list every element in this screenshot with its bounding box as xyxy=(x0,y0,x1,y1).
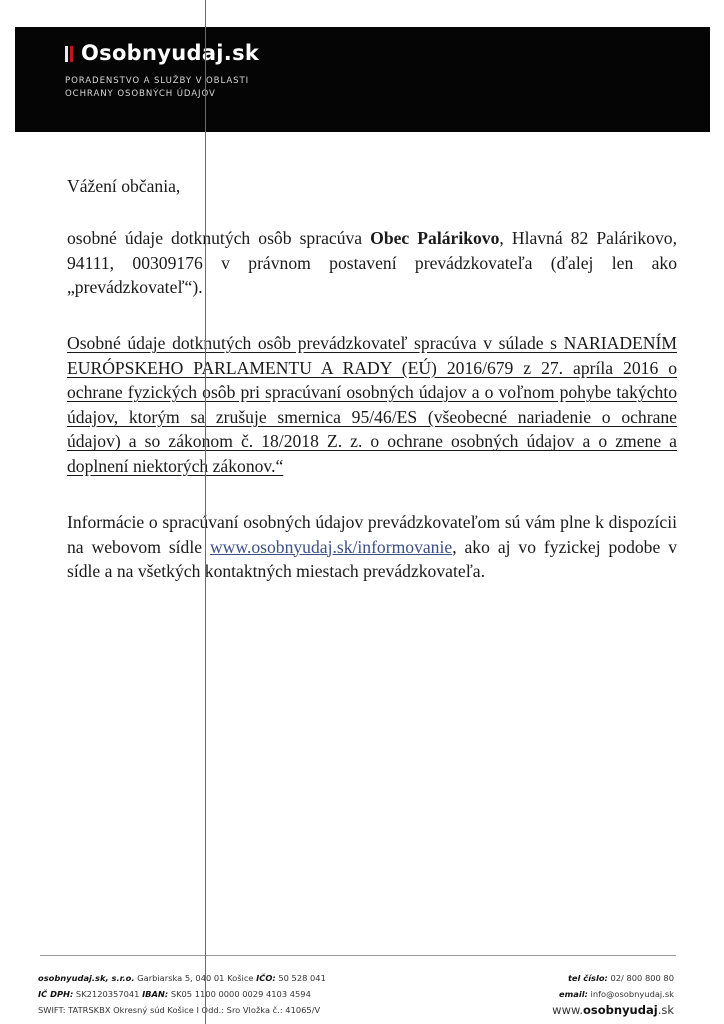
email-label: email: xyxy=(559,989,588,999)
company-line-1: osobnyudaj.sk, s.r.o. Garbiarska 5, 040 … xyxy=(38,970,326,986)
company-line-3: SWIFT: TATRSKBX Okresný súd Košice I Odd… xyxy=(38,1002,326,1018)
greeting: Vážení občania, xyxy=(67,174,677,199)
controller-text-before: osobné údaje dotknutých osôb spracúva xyxy=(67,228,370,248)
company-line-2: IČ DPH: SK2120357041 IBAN: SK05 1100 000… xyxy=(38,986,326,1002)
dph-value: SK2120357041 xyxy=(73,989,142,999)
logo: Osobnyudaj.sk xyxy=(65,41,259,65)
contact-details: tel číslo: 02/ 800 800 80 email: info@os… xyxy=(552,970,674,1018)
letterhead-banner: Osobnyudaj.sk PORADENSTVO A SLUŽBY V OBL… xyxy=(15,27,710,132)
scan-artifact-line xyxy=(205,0,206,1024)
web-suffix: .sk xyxy=(658,1003,674,1017)
logo-mark-icon xyxy=(65,46,73,62)
dph-label: IČ DPH: xyxy=(38,989,73,999)
web-domain: osobnyudaj xyxy=(583,1003,658,1017)
logo-text: Osobnyudaj.sk xyxy=(81,41,259,65)
tagline-line-1: PORADENSTVO A SLUŽBY V OBLASTI xyxy=(65,75,249,88)
email-line: email: info@osobnyudaj.sk xyxy=(552,986,674,1002)
iban-value: SK05 1100 0000 0029 4103 4594 xyxy=(168,989,311,999)
information-paragraph: Informácie o spracúvaní osobných údajov … xyxy=(67,510,677,584)
ico-value: 50 528 041 xyxy=(276,973,326,983)
phone-line: tel číslo: 02/ 800 800 80 xyxy=(552,970,674,986)
controller-paragraph: osobné údaje dotknutých osôb spracúva Ob… xyxy=(67,226,677,300)
tel-label: tel číslo: xyxy=(568,973,608,983)
tagline-line-2: OCHRANY OSOBNÝCH ÚDAJOV xyxy=(65,88,249,101)
website[interactable]: www.osobnyudaj.sk xyxy=(552,1002,674,1018)
email-value[interactable]: info@osobnyudaj.sk xyxy=(588,989,674,999)
company-name: osobnyudaj.sk, s.r.o. xyxy=(38,973,135,983)
informovanie-link[interactable]: www.osobnyudaj.sk/informovanie xyxy=(210,537,452,557)
tel-value: 02/ 800 800 80 xyxy=(608,973,674,983)
tagline: PORADENSTVO A SLUŽBY V OBLASTI OCHRANY O… xyxy=(65,75,249,101)
iban-label: IBAN: xyxy=(142,989,168,999)
legal-basis-paragraph: Osobné údaje dotknutých osôb prevádzkova… xyxy=(67,331,677,479)
web-prefix: www. xyxy=(552,1003,583,1017)
ico-label: IČO: xyxy=(256,973,276,983)
company-address: Garbiarska 5, 040 01 Košice xyxy=(135,973,257,983)
company-details: osobnyudaj.sk, s.r.o. Garbiarska 5, 040 … xyxy=(38,970,326,1018)
controller-name: Obec Palárikovo xyxy=(370,228,499,248)
footer-divider xyxy=(40,955,676,956)
